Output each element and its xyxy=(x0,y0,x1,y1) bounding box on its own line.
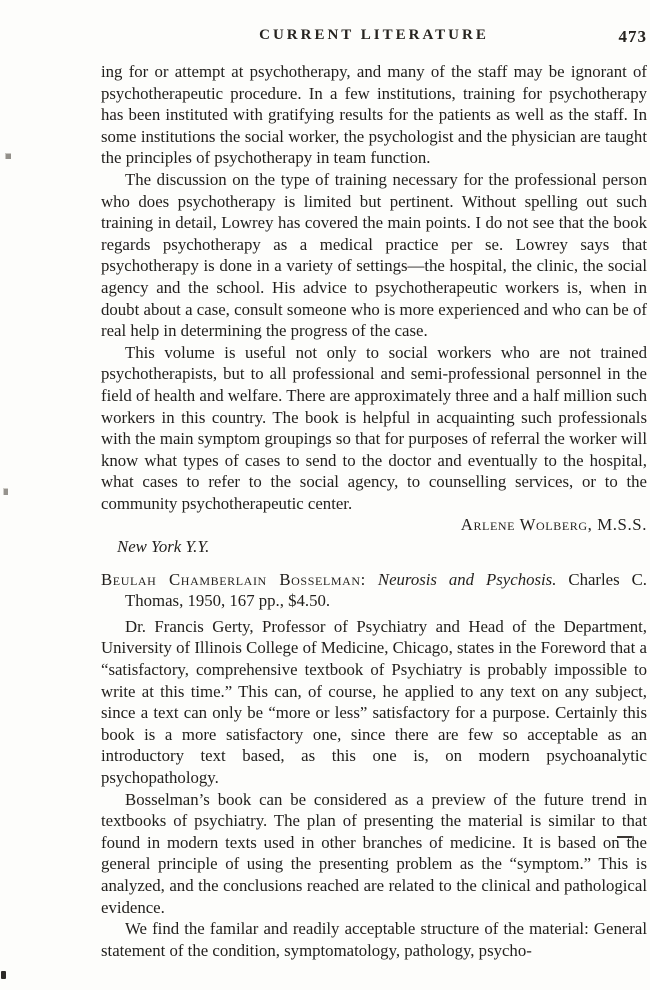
scanned-journal-page: CURRENT LITERATURE 473 ing for or attemp… xyxy=(0,0,650,990)
book-title: Neurosis and Psychosis. xyxy=(378,570,557,589)
page-number: 473 xyxy=(619,27,648,47)
scan-speck-artifact xyxy=(5,153,11,159)
review-paragraph: The discussion on the type of training n… xyxy=(101,169,647,342)
book-author: Beulah Chamberlain Bosselman: xyxy=(101,570,366,589)
running-head: CURRENT LITERATURE 473 xyxy=(101,27,647,47)
page-title: CURRENT LITERATURE xyxy=(101,27,647,44)
review-paragraph: This volume is useful not only to social… xyxy=(101,342,647,515)
review-paragraph: ing for or attempt at psychotherapy, and… xyxy=(101,61,647,169)
scan-stray-line-artifact xyxy=(617,836,632,838)
scan-speck-artifact xyxy=(3,488,8,495)
book-review-heading: Beulah Chamberlain Bosselman: Neurosis a… xyxy=(101,569,647,612)
review-paragraph: We find the familar and readily acceptab… xyxy=(101,918,647,961)
reviewer-location: New York Y.Y. xyxy=(101,536,647,558)
scan-ink-mark-artifact xyxy=(1,971,6,979)
review-paragraph: Bosselman’s book can be considered as a … xyxy=(101,789,647,919)
review-paragraph: Dr. Francis Gerty, Professor of Psychiat… xyxy=(101,616,647,789)
reviewer-signature: Arlene Wolberg, M.S.S. xyxy=(101,514,647,536)
page-content: ing for or attempt at psychotherapy, and… xyxy=(101,61,647,961)
